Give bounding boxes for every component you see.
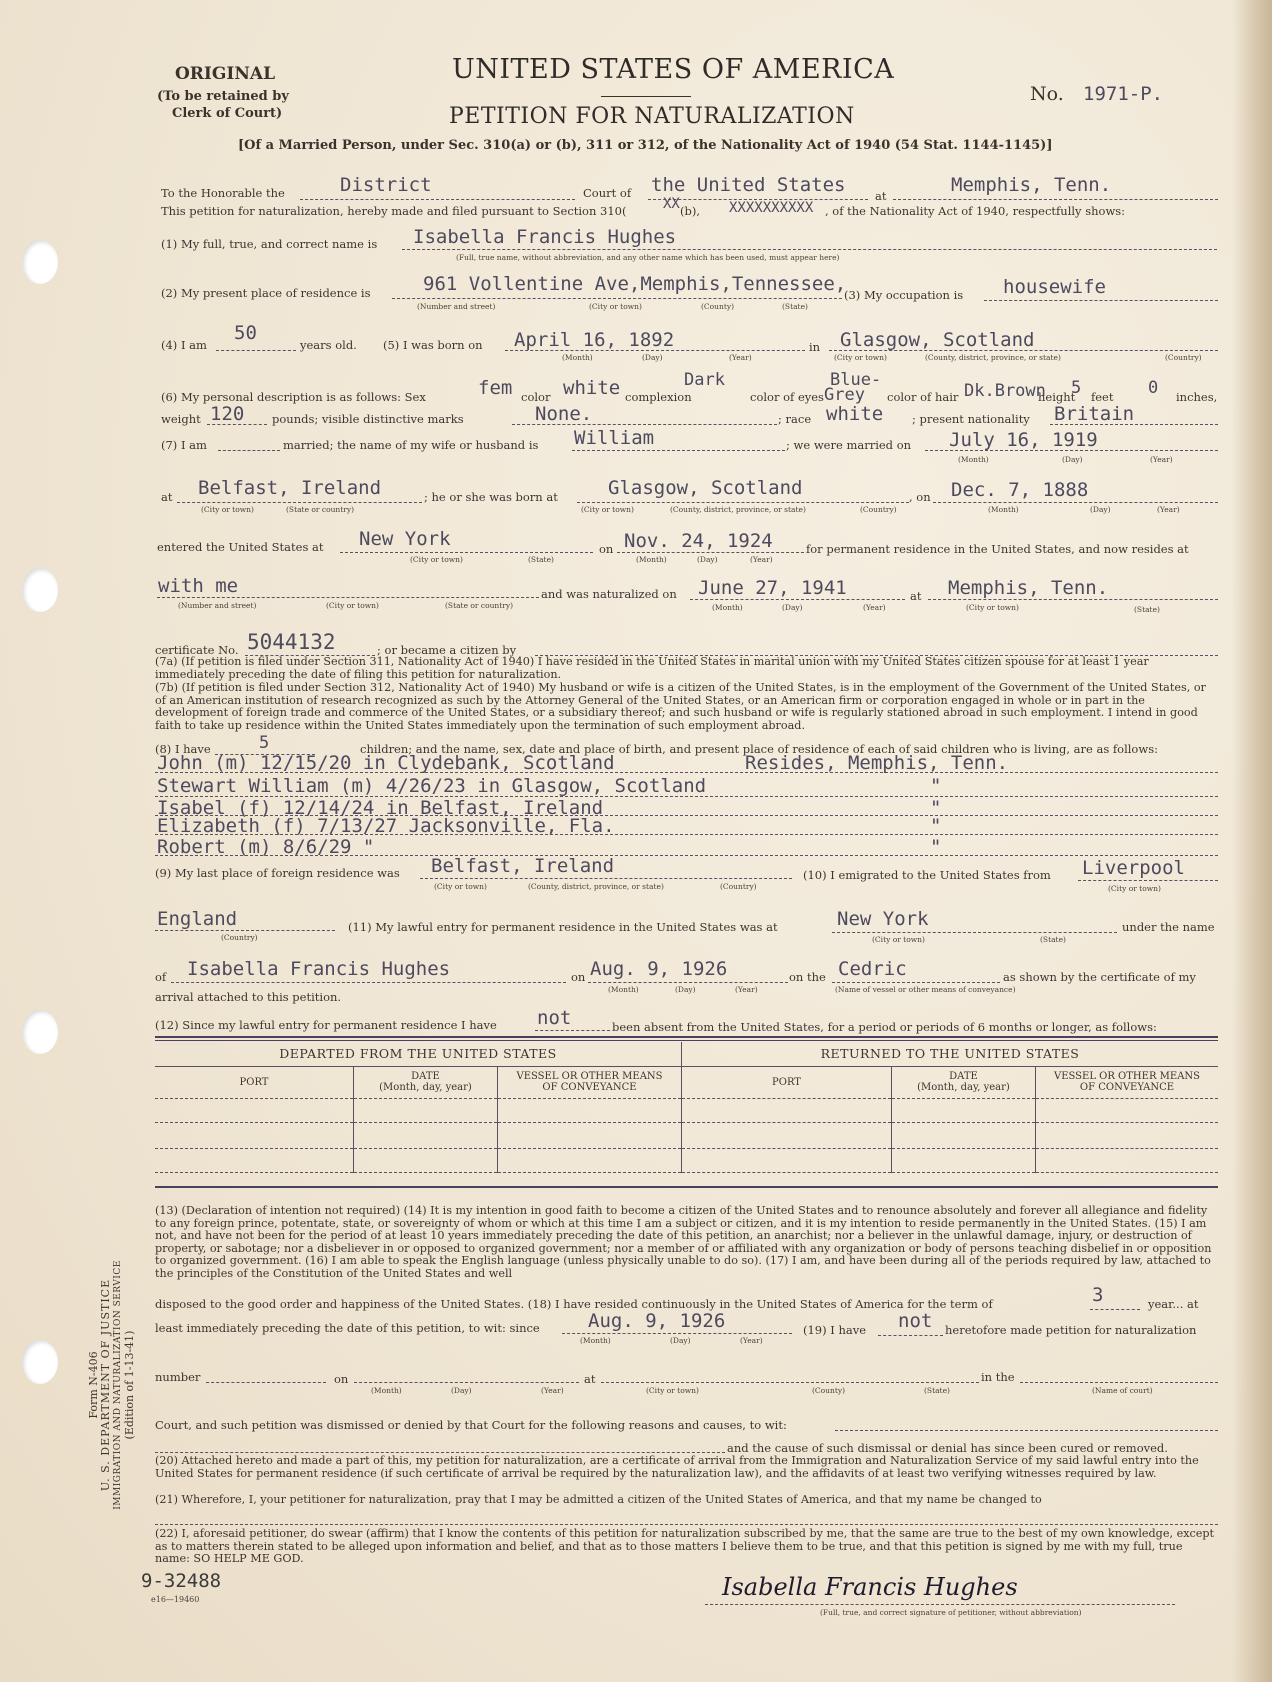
entered-label: entered the United States at [157, 540, 324, 554]
field-line [155, 1452, 725, 1453]
department: U. S. DEPARTMENT OF JUSTICE [100, 1215, 112, 1555]
table-cell[interactable] [155, 1122, 354, 1148]
hint: (State or country) [445, 601, 513, 610]
file-number: 9-32488 [141, 1570, 221, 1592]
section-strike-b: XXXXXXXXXX [729, 200, 813, 216]
field-line [601, 1382, 979, 1383]
q10-label: (10) I emigrated to the United States fr… [803, 868, 1051, 882]
hint: (City or town) [581, 505, 634, 514]
absence-table: DEPARTED FROM THE UNITED STATES RETURNED… [155, 1042, 1218, 1173]
title-rule [601, 96, 691, 97]
at-label: at [910, 589, 921, 603]
signature-line [705, 1604, 1175, 1605]
hint: (Year) [1157, 505, 1180, 514]
field-line [832, 932, 1117, 933]
field-line [155, 930, 335, 931]
declarations-13-17: (13) (Declaration of intention not requi… [155, 1205, 1219, 1281]
hint: (Day) [642, 353, 663, 362]
section-strike-a: XX [663, 196, 680, 212]
petition-document: ORIGINAL (To be retained by Clerk of Cou… [0, 0, 1272, 1682]
table-cell[interactable] [354, 1148, 498, 1172]
table-cell[interactable] [498, 1122, 682, 1148]
height-feet-field[interactable]: 5 [1071, 378, 1081, 398]
field-line [562, 1333, 792, 1334]
hint: (City or town) [966, 603, 1019, 612]
copy-note-2: Clerk of Court) [172, 106, 282, 121]
complexion-field[interactable]: Dark [684, 370, 725, 390]
field-line [392, 298, 842, 299]
hint: (Day) [675, 985, 696, 994]
q4-label: (4) I am [161, 338, 207, 352]
field-line [354, 1382, 579, 1383]
section-7b: (7b) (If petition is filed under Section… [155, 682, 1219, 732]
child-entry[interactable]: Elizabeth (f) 7/13/27 Jacksonville, Fla. [157, 815, 615, 837]
hint: (Name of court) [1092, 1386, 1153, 1395]
arrival-label: arrival attached to this petition. [155, 990, 341, 1004]
hint: (Month) [608, 985, 639, 994]
document-title: UNITED STATES OF AMERICA [452, 54, 894, 85]
naturalized-label: and was naturalized on [541, 587, 677, 601]
field-line [893, 199, 1218, 200]
hint: (State) [528, 555, 554, 564]
table-cell[interactable] [892, 1122, 1036, 1148]
declaration-22: (22) I, aforesaid petitioner, do swear (… [155, 1528, 1219, 1566]
child-residence[interactable]: " [930, 836, 941, 858]
in-label: in [809, 340, 820, 354]
field-line [1020, 1382, 1218, 1383]
weight-field[interactable]: 120 [210, 403, 244, 425]
hint: (Month) [580, 1336, 611, 1345]
hint: (City or town) [410, 555, 463, 564]
edition: (Edition of 1-13-41) [124, 1215, 136, 1555]
table-cell[interactable] [354, 1098, 498, 1122]
table-cell[interactable] [892, 1098, 1036, 1122]
column-header: DATE (Month, day, year) [892, 1066, 1036, 1098]
hint: (Day) [451, 1386, 472, 1395]
table-top-rule [155, 1040, 1218, 1041]
field-line [535, 1030, 610, 1031]
punch-hole [22, 1340, 58, 1384]
hint: (Month) [371, 1386, 402, 1395]
hint: (Year) [541, 1386, 564, 1395]
full-name-field[interactable]: Isabella Francis Hughes [413, 226, 676, 248]
field-line [1090, 1309, 1140, 1310]
q12-label: (12) Since my lawful entry for permanent… [155, 1018, 497, 1032]
q18-suffix: year... at [1148, 1297, 1199, 1311]
perm-res-label: for permanent residence in the United St… [806, 542, 1189, 556]
punch-hole [22, 1010, 58, 1054]
nationality-field[interactable]: Britain [1054, 403, 1134, 425]
petitioner-signature[interactable]: Isabella Francis Hughes [722, 1573, 1018, 1601]
section-text-c: , of the Nationality Act of 1940, respec… [825, 204, 1125, 218]
spouse-born-label: ; he or she was born at [424, 490, 558, 504]
court-of-field[interactable]: the United States [651, 174, 845, 196]
hint: (Year) [735, 985, 758, 994]
hint: (Name of vessel or other means of convey… [835, 985, 1016, 994]
hint: (Month) [712, 603, 743, 612]
hint: (County, district, province, or state) [670, 505, 806, 514]
hint: (Month) [636, 555, 667, 564]
hair-field[interactable]: Dk.Brown [964, 381, 1046, 401]
section-7a: (7a) (If petition is filed under Section… [155, 656, 1219, 681]
last-foreign-residence-field[interactable]: Belfast, Ireland [431, 855, 614, 877]
hint: (City or town) [646, 1386, 699, 1395]
q18-line2: least immediately preceding the date of … [155, 1321, 540, 1335]
hint: (Year) [750, 555, 773, 564]
emigrated-from-country-field[interactable]: England [157, 908, 237, 930]
hint: (Year) [740, 1336, 763, 1345]
signature-hint: (Full, true, and correct signature of pe… [820, 1608, 1082, 1617]
race-field[interactable]: white [826, 403, 883, 425]
copy-label: ORIGINAL [175, 64, 275, 84]
married-on-label: ; we were married on [786, 438, 911, 452]
emigrated-from-city-field[interactable]: Liverpool [1082, 857, 1185, 879]
field-line [171, 982, 566, 983]
spouse-birthplace-field[interactable]: Glasgow, Scotland [608, 477, 802, 499]
hint: (City or town) [434, 882, 487, 891]
q3-label: (3) My occupation is [844, 288, 963, 302]
hint: (Day) [670, 1336, 691, 1345]
column-header: VESSEL OR OTHER MEANS OF CONVEYANCE [1036, 1066, 1219, 1098]
married-label: married; the name of my wife or husband … [283, 438, 538, 452]
entry-date-field[interactable]: Aug. 9, 1926 [590, 958, 727, 980]
occupation-field[interactable]: housewife [1003, 276, 1106, 298]
entry-place-field[interactable]: New York [837, 908, 929, 930]
column-header: VESSEL OR OTHER MEANS OF CONVEYANCE [498, 1066, 682, 1098]
residence-years-field[interactable]: 3 [1092, 1284, 1103, 1306]
field-line [832, 982, 1000, 983]
hint: (Country) [860, 505, 897, 514]
entry-name-field[interactable]: Isabella Francis Hughes [187, 958, 450, 980]
q9-label: (9) My last place of foreign residence w… [155, 866, 400, 880]
hint: (Year) [729, 353, 752, 362]
table-cell[interactable] [892, 1148, 1036, 1172]
table-cell[interactable] [1036, 1122, 1219, 1148]
hint: (State) [924, 1386, 950, 1395]
field-line [1078, 880, 1218, 881]
form-info: Form N-406 U. S. DEPARTMENT OF JUSTICE I… [88, 1215, 136, 1555]
declaration-21: (21) Wherefore, I, your petitioner for n… [155, 1494, 1219, 1507]
marks-field[interactable]: None. [535, 403, 592, 425]
field-line [340, 552, 593, 553]
child-residence[interactable]: Resides, Memphis, Tenn. [745, 752, 1008, 774]
column-header: PORT [682, 1066, 892, 1098]
weight-label: weight [161, 412, 201, 426]
on-the-label: on the [789, 970, 826, 984]
field-line [420, 878, 792, 879]
q18-label: disposed to the good order and happiness… [155, 1297, 993, 1311]
spouse-naturalized-place-field[interactable]: Memphis, Tenn. [948, 577, 1108, 599]
hint: (Country) [1165, 353, 1202, 362]
height-inches-field[interactable]: 0 [1148, 378, 1158, 398]
nationality-label: ; present nationality [912, 412, 1030, 426]
field-line [878, 1335, 943, 1336]
hint: (Day) [1090, 505, 1111, 514]
column-header: PORT [155, 1066, 354, 1098]
table-cell[interactable] [354, 1122, 498, 1148]
hint: (City or town) [201, 505, 254, 514]
petition-number: 1971-P. [1083, 83, 1163, 105]
cured-text: and the cause of such dismissal or denia… [727, 1441, 1168, 1455]
hint: (Month) [562, 353, 593, 362]
spouse-name-field[interactable]: William [574, 427, 654, 449]
q5-label: (5) I was born on [383, 338, 483, 352]
table-row [155, 1148, 1218, 1172]
spouse-resides-field[interactable]: with me [158, 575, 238, 597]
vessel-field[interactable]: Cedric [838, 958, 907, 980]
hint: (Number and street) [178, 601, 256, 610]
q19-label: (19) I have [803, 1323, 866, 1337]
declaration-20: (20) Attached hereto and made a part of … [155, 1455, 1219, 1480]
print-code: e16—19460 [151, 1595, 199, 1604]
court-type-field[interactable]: District [340, 174, 432, 196]
hint: (Day) [782, 603, 803, 612]
table-cell[interactable] [498, 1148, 682, 1172]
page-edge-shadow [1232, 0, 1272, 1682]
hint: (Country) [720, 882, 757, 891]
at-label: at [584, 1372, 595, 1386]
hint: (Year) [1150, 455, 1173, 464]
field-line [402, 249, 1217, 250]
field-line [933, 502, 1218, 503]
field-line [572, 450, 785, 451]
on-label: on [571, 970, 585, 984]
q2-label: (2) My present place of residence is [161, 286, 371, 300]
child-entry[interactable]: John (m) 12/15/20 in Clydebank, Scotland [157, 752, 615, 774]
spouse-birth-date-field[interactable]: Dec. 7, 1888 [951, 479, 1088, 501]
child-entry[interactable]: Stewart William (m) 4/26/23 in Glasgow, … [157, 775, 706, 797]
field-line [617, 552, 804, 553]
field-line [206, 1382, 326, 1383]
hint: (Month) [958, 455, 989, 464]
section-text: This petition for naturalization, hereby… [161, 204, 626, 218]
table-row [155, 1098, 1218, 1122]
child-entry[interactable]: Robert (m) 8/6/29 " [157, 836, 374, 858]
on-label: on [334, 1372, 348, 1386]
birth-date-field[interactable]: April 16, 1892 [514, 329, 674, 351]
children-count-field[interactable]: 5 [259, 733, 269, 753]
pounds-label: pounds; visible distinctive marks [272, 412, 464, 426]
residence-field[interactable]: 961 Vollentine Ave,Memphis,Tennessee, [423, 273, 846, 295]
hint: (City or town) [1108, 884, 1161, 893]
at-label: at [875, 189, 886, 203]
field-line [690, 599, 905, 600]
age-suffix: years old. [300, 338, 357, 352]
field-line [588, 982, 788, 983]
table-bottom-rule [155, 1186, 1218, 1188]
hint: (City or town) [834, 353, 887, 362]
table-cell[interactable] [682, 1122, 892, 1148]
hint: (City or town) [872, 935, 925, 944]
table-cell[interactable] [498, 1098, 682, 1122]
punch-hole [22, 240, 58, 284]
field-line [218, 450, 280, 451]
statute-reference: [Of a Married Person, under Sec. 310(a) … [238, 138, 1053, 153]
q12-suffix: been absent from the United States, for … [612, 1020, 1157, 1034]
full-name-hint: (Full, true name, without abbreviation, … [456, 253, 840, 262]
in-the-label: in the [981, 1370, 1015, 1384]
at-label: at [161, 490, 172, 504]
absent-field[interactable]: not [537, 1007, 571, 1029]
departed-header: DEPARTED FROM THE UNITED STATES [155, 1042, 682, 1066]
hint: (Year) [863, 603, 886, 612]
q6-label: (6) My personal description is as follow… [161, 390, 426, 404]
shown-label: as shown by the certificate of my [1003, 970, 1196, 984]
table-row [155, 1122, 1218, 1148]
table-cell[interactable] [682, 1098, 892, 1122]
spouse-naturalized-date-field[interactable]: June 27, 1941 [698, 577, 847, 599]
field-line [216, 350, 296, 351]
hint: (City or town) [589, 302, 642, 311]
section-text-b: (b), [680, 204, 700, 218]
field-line [984, 300, 1218, 301]
field-line [155, 1524, 1218, 1525]
spouse-entry-place-field[interactable]: New York [359, 528, 451, 550]
document-subtitle: PETITION FOR NATURALIZATION [449, 104, 855, 129]
q1-label: (1) My full, true, and correct name is [161, 237, 377, 251]
sex-field[interactable]: fem [478, 377, 512, 399]
q7-label: (7) I am [161, 438, 207, 452]
field-line [300, 199, 575, 200]
under-name-label: under the name [1122, 920, 1215, 934]
hint: (City or town) [326, 601, 379, 610]
hint: (County) [701, 302, 734, 311]
court-of-label: Court of [583, 186, 631, 200]
q19-suffix: heretofore made petition for naturalizat… [945, 1323, 1196, 1337]
number-label: No. [1030, 83, 1064, 105]
hint: (Day) [1062, 455, 1083, 464]
q11-label: (11) My lawful entry for permanent resid… [348, 920, 778, 934]
hint: (State) [1040, 935, 1066, 944]
field-line [577, 502, 909, 503]
copy-note-1: (To be retained by [157, 89, 289, 104]
table-cell[interactable] [155, 1098, 354, 1122]
field-line [177, 502, 422, 503]
age-field[interactable]: 50 [234, 322, 257, 344]
color-field[interactable]: white [563, 377, 620, 399]
table-cell[interactable] [1036, 1148, 1219, 1172]
returned-header: RETURNED TO THE UNITED STATES [682, 1042, 1219, 1066]
marriage-date-field[interactable]: July 16, 1919 [949, 429, 1098, 451]
hint: (State) [1134, 605, 1160, 614]
court-prefix: To the Honorable the [161, 186, 285, 200]
field-line [157, 597, 539, 598]
birth-place-field[interactable]: Glasgow, Scotland [840, 329, 1034, 351]
hint: (Country) [221, 933, 258, 942]
field-line [835, 1430, 1218, 1431]
column-header: DATE (Month, day, year) [354, 1066, 498, 1098]
hint: (State) [782, 302, 808, 311]
eyes-field-2[interactable]: Grey [824, 385, 865, 405]
hint: (Month) [988, 505, 1019, 514]
on-label: on [599, 542, 613, 556]
prior-petition-field[interactable]: not [898, 1310, 932, 1332]
marriage-place-field[interactable]: Belfast, Ireland [198, 477, 381, 499]
of-label: of [155, 970, 166, 984]
race-label: ; race [778, 412, 811, 426]
hint: (Day) [697, 555, 718, 564]
court-dismissed-text: Court, and such petition was dismissed o… [155, 1418, 787, 1432]
table-cell[interactable] [155, 1148, 354, 1172]
table-cell[interactable] [682, 1148, 892, 1172]
hint: (County, district, province, or state) [925, 353, 1061, 362]
table-cell[interactable] [1036, 1098, 1219, 1122]
punch-hole [22, 568, 58, 612]
hint: (County) [812, 1386, 845, 1395]
number-label: number [155, 1370, 200, 1384]
court-location-field[interactable]: Memphis, Tenn. [951, 174, 1111, 196]
since-date-field[interactable]: Aug. 9, 1926 [588, 1310, 725, 1332]
spouse-entry-date-field[interactable]: Nov. 24, 1924 [624, 530, 773, 552]
hint: (County, district, province, or state) [528, 882, 664, 891]
table-top-rule [155, 1036, 1218, 1038]
certificate-number-field[interactable]: 5044132 [247, 630, 336, 654]
hint: (State or country) [286, 505, 354, 514]
child-residence[interactable]: " [930, 775, 941, 797]
hint: (Number and street) [417, 302, 495, 311]
on-label: , on [909, 490, 931, 504]
field-line [928, 599, 1218, 600]
child-residence[interactable]: " [930, 815, 941, 837]
